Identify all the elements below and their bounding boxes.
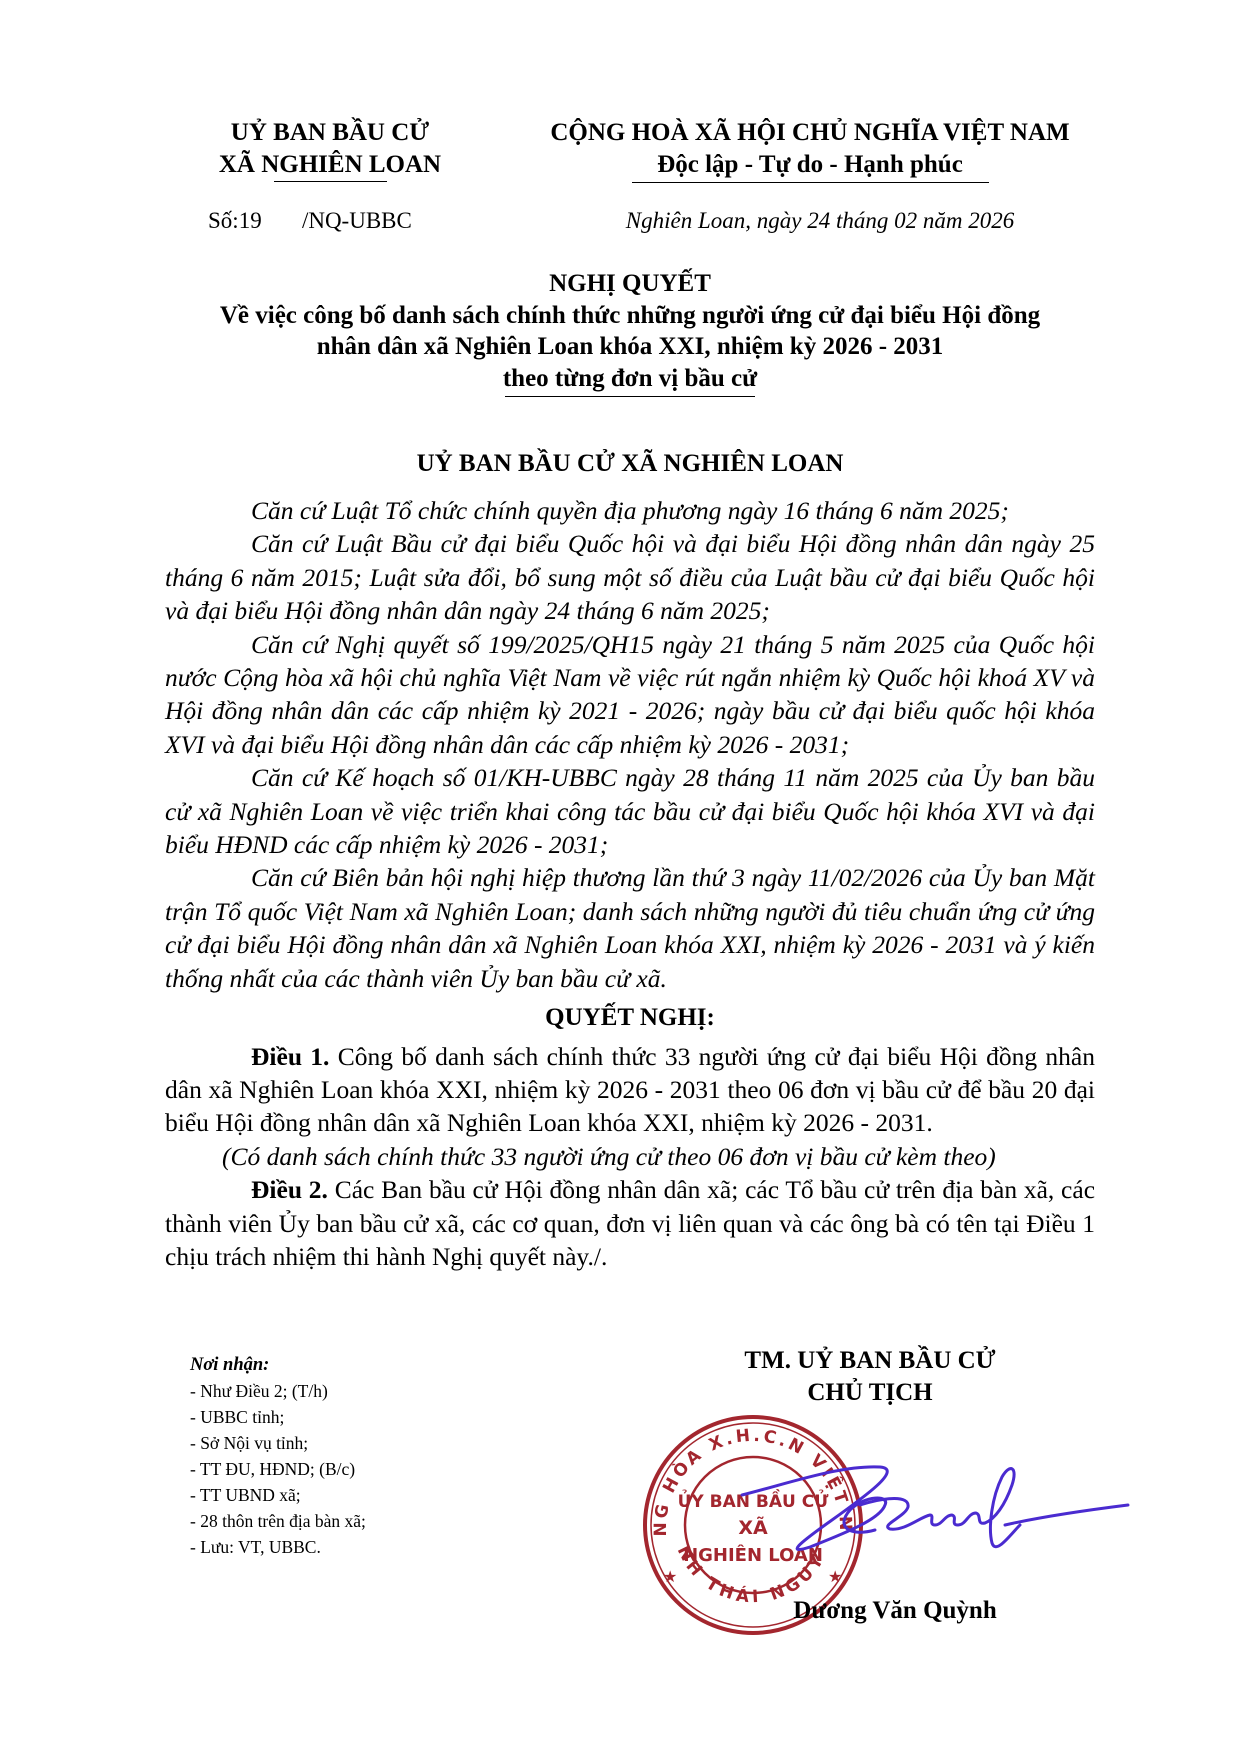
document-page: UỶ BAN BẦU CỬ XÃ NGHIÊN LOAN CỘNG HOÀ XÃ… — [0, 0, 1241, 1755]
recipient-item: - Lưu: VT, UBBC. — [190, 1534, 490, 1560]
signer-position: CHỦ TỊCH — [690, 1377, 1050, 1409]
svg-text:★: ★ — [828, 1567, 842, 1586]
svg-text:★: ★ — [663, 1567, 677, 1586]
motto-underline — [632, 182, 989, 183]
recipients-label: Nơi nhận: — [190, 1352, 490, 1378]
article-2-label: Điều 2. — [251, 1175, 328, 1204]
committee-heading: UỶ BAN BẦU CỬ XÃ NGHIÊN LOAN — [150, 448, 1110, 480]
recipient-item: - TT ĐU, HĐND; (B/c) — [190, 1456, 490, 1482]
recipient-item: - 28 thôn trên địa bàn xã; — [190, 1508, 490, 1534]
issuer-line-1: UỶ BAN BẦU CỬ — [195, 117, 465, 149]
recipients-list: Nơi nhận: - Như Điều 2; (T/h) - UBBC tỉn… — [190, 1352, 490, 1560]
signer-name: Dương Văn Quỳnh — [735, 1595, 1055, 1627]
doc-number-value: 19 — [239, 208, 262, 233]
legal-basis: Căn cứ Kế hoạch số 01/KH-UBBC ngày 28 th… — [165, 761, 1095, 861]
document-title: NGHỊ QUYẾT Về việc công bố danh sách chí… — [150, 268, 1110, 397]
motto: Độc lập - Tự do - Hạnh phúc — [520, 149, 1100, 181]
recipient-item: - UBBC tỉnh; — [190, 1404, 490, 1430]
legal-basis: Căn cứ Luật Bầu cử đại biểu Quốc hội và … — [165, 527, 1095, 627]
national-motto-block: CỘNG HOÀ XÃ HỘI CHỦ NGHĨA VIỆT NAM Độc l… — [520, 117, 1100, 183]
issuer-block: UỶ BAN BẦU CỬ XÃ NGHIÊN LOAN — [195, 117, 465, 182]
subject-line-2: nhân dân xã Nghiên Loan khóa XXI, nhiệm … — [150, 331, 1110, 363]
legal-basis: Căn cứ Biên bản hội nghị hiệp thương lần… — [165, 861, 1095, 995]
legal-basis: Căn cứ Nghị quyết số 199/2025/QH15 ngày … — [165, 628, 1095, 762]
nation-name: CỘNG HOÀ XÃ HỘI CHỦ NGHĨA VIỆT NAM — [520, 117, 1100, 149]
handwritten-signature-icon — [730, 1455, 1130, 1565]
doc-number-suffix: /NQ-UBBC — [302, 208, 412, 233]
recipient-item: - TT UBND xã; — [190, 1482, 490, 1508]
recipient-item: - Như Điều 2; (T/h) — [190, 1378, 490, 1404]
article-1: Điều 1. Công bố danh sách chính thức 33 … — [165, 1040, 1095, 1140]
place-and-date: Nghiên Loan, ngày 24 tháng 02 năm 2026 — [580, 207, 1060, 235]
doc-type: NGHỊ QUYẾT — [150, 268, 1110, 300]
recipient-item: - Sở Nội vụ tỉnh; — [190, 1430, 490, 1456]
legal-basis: Căn cứ Luật Tổ chức chính quyền địa phươ… — [165, 494, 1095, 527]
decision-heading: QUYẾT NGHỊ: — [165, 1001, 1095, 1034]
signature-title: TM. UỶ BAN BẦU CỬ CHỦ TỊCH — [690, 1345, 1050, 1409]
subject-line-1: Về việc công bố danh sách chính thức nhữ… — [150, 300, 1110, 332]
article-2: Điều 2. Các Ban bầu cử Hội đồng nhân dân… — [165, 1173, 1095, 1273]
document-body: Căn cứ Luật Tổ chức chính quyền địa phươ… — [165, 494, 1095, 1273]
on-behalf-of: TM. UỶ BAN BẦU CỬ — [690, 1345, 1050, 1377]
issuer-line-2: XÃ NGHIÊN LOAN — [195, 149, 465, 181]
document-number: Số:19 /NQ-UBBC — [208, 207, 412, 235]
issuer-underline — [274, 181, 387, 182]
doc-number-label: Số: — [208, 208, 239, 233]
subject-line-3: theo từng đơn vị bầu cử — [150, 363, 1110, 395]
article-1-note: (Có danh sách chính thức 33 người ứng cử… — [165, 1140, 1095, 1173]
article-1-label: Điều 1. — [251, 1042, 329, 1071]
title-underline — [505, 396, 755, 397]
